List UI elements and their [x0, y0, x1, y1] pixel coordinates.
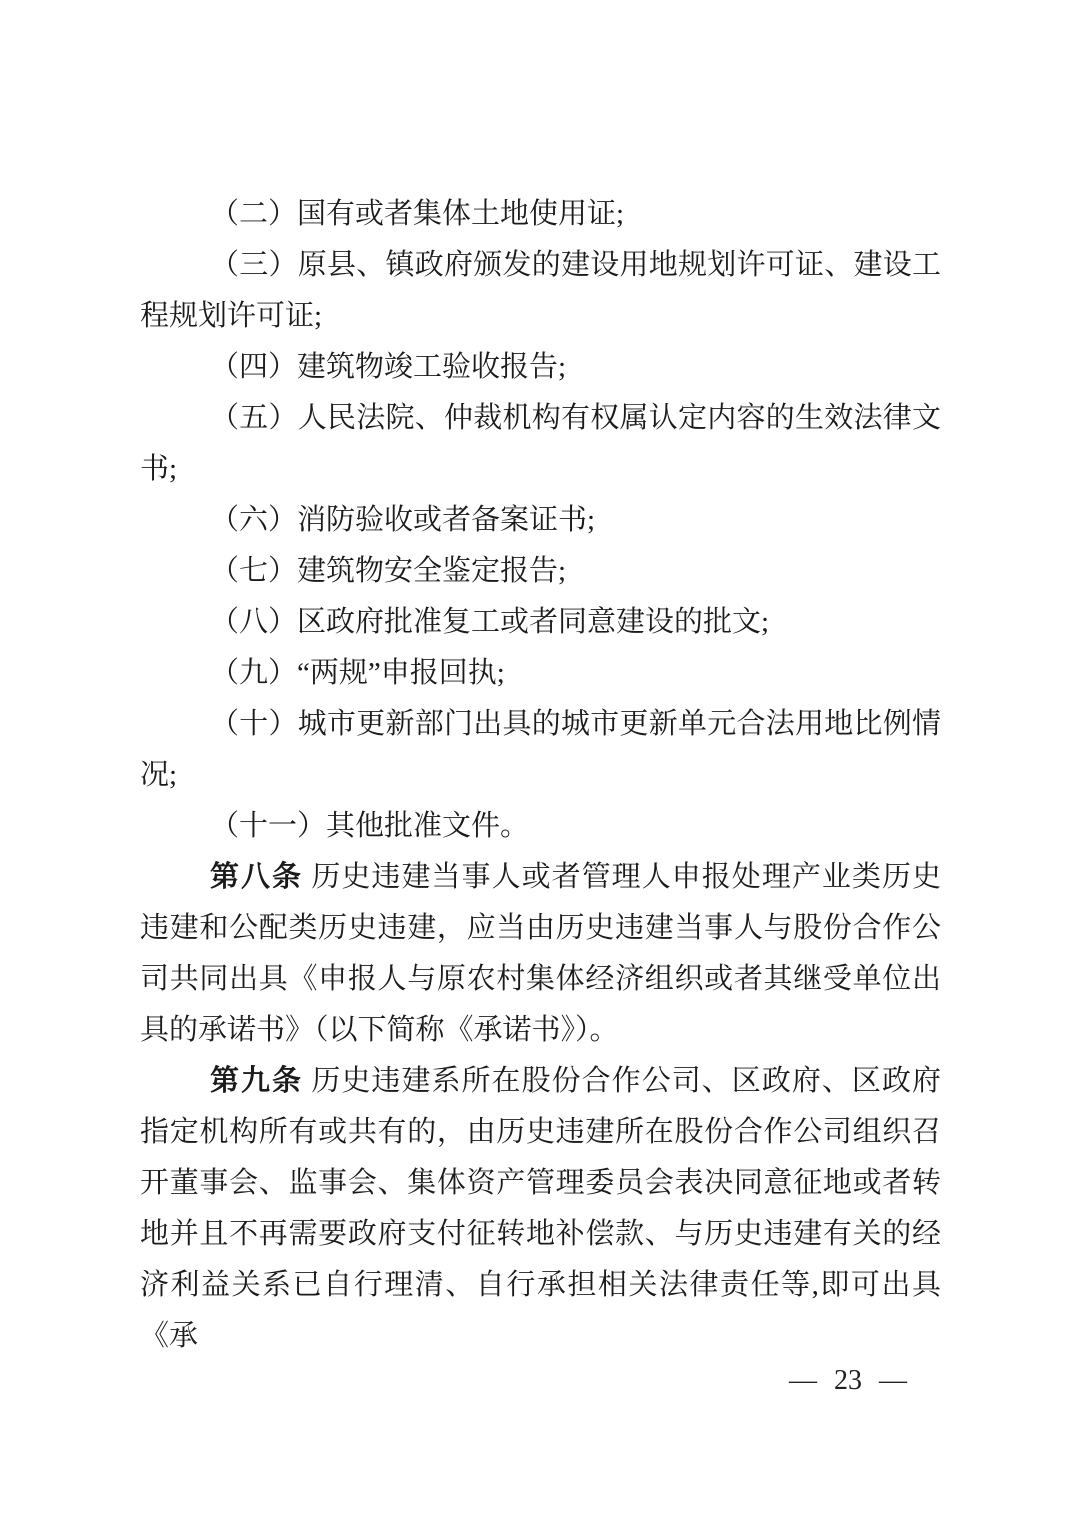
article-8: 第八条 历史违建当事人或者管理人申报处理产业类历史违建和公配类历史违建，应当由历…: [140, 852, 941, 1056]
article-number: 第八条: [210, 861, 303, 893]
footer-dash-right: —: [879, 1359, 907, 1403]
clause-item-8: （八）区政府批准复工或者同意建设的批文;: [140, 597, 941, 648]
footer-dash-left: —: [789, 1359, 817, 1403]
clause-item-6: （六）消防验收或者备案证书;: [140, 495, 941, 546]
paragraph-text: 历史违建系所在股份合作公司、区政府、区政府指定机构所有或共有的，由历史违建所在股…: [140, 1065, 941, 1352]
paragraph-text: （六）消防验收或者备案证书;: [210, 504, 595, 536]
paragraph-text: （五）人民法院、仲裁机构有权属认定内容的生效法律文书;: [140, 402, 941, 485]
clause-item-5: （五）人民法院、仲裁机构有权属认定内容的生效法律文书;: [140, 393, 941, 495]
paragraph-text: （二）国有或者集体土地使用证;: [210, 198, 624, 230]
clause-item-3: （三）原县、镇政府颁发的建设用地规划许可证、建设工程规划许可证;: [140, 240, 941, 342]
paragraph-text: （十一）其他批准文件。: [210, 810, 529, 842]
document-page: （二）国有或者集体土地使用证;（三）原县、镇政府颁发的建设用地规划许可证、建设工…: [0, 0, 1080, 1527]
document-body: （二）国有或者集体土地使用证;（三）原县、镇政府颁发的建设用地规划许可证、建设工…: [140, 189, 941, 1362]
paragraph-text: （七）建筑物安全鉴定报告;: [210, 555, 566, 587]
page-number: 23: [834, 1359, 862, 1403]
clause-item-10: （十）城市更新部门出具的城市更新单元合法用地比例情况;: [140, 699, 941, 801]
clause-item-9: （九）“两规”申报回执;: [140, 648, 941, 699]
paragraph-text: （三）原县、镇政府颁发的建设用地规划许可证、建设工程规划许可证;: [140, 249, 941, 332]
paragraph-text: （四）建筑物竣工验收报告;: [210, 351, 566, 383]
page-footer: — 23 —: [789, 1359, 907, 1403]
article-number: 第九条: [210, 1065, 303, 1097]
paragraph-text: （九）“两规”申报回执;: [210, 657, 505, 689]
article-9: 第九条 历史违建系所在股份合作公司、区政府、区政府指定机构所有或共有的，由历史违…: [140, 1056, 941, 1362]
paragraph-text: （十）城市更新部门出具的城市更新单元合法用地比例情况;: [140, 708, 941, 791]
clause-item-11: （十一）其他批准文件。: [140, 801, 941, 852]
clause-item-2: （二）国有或者集体土地使用证;: [140, 189, 941, 240]
clause-item-7: （七）建筑物安全鉴定报告;: [140, 546, 941, 597]
paragraph-text: （八）区政府批准复工或者同意建设的批文;: [210, 606, 769, 638]
clause-item-4: （四）建筑物竣工验收报告;: [140, 342, 941, 393]
